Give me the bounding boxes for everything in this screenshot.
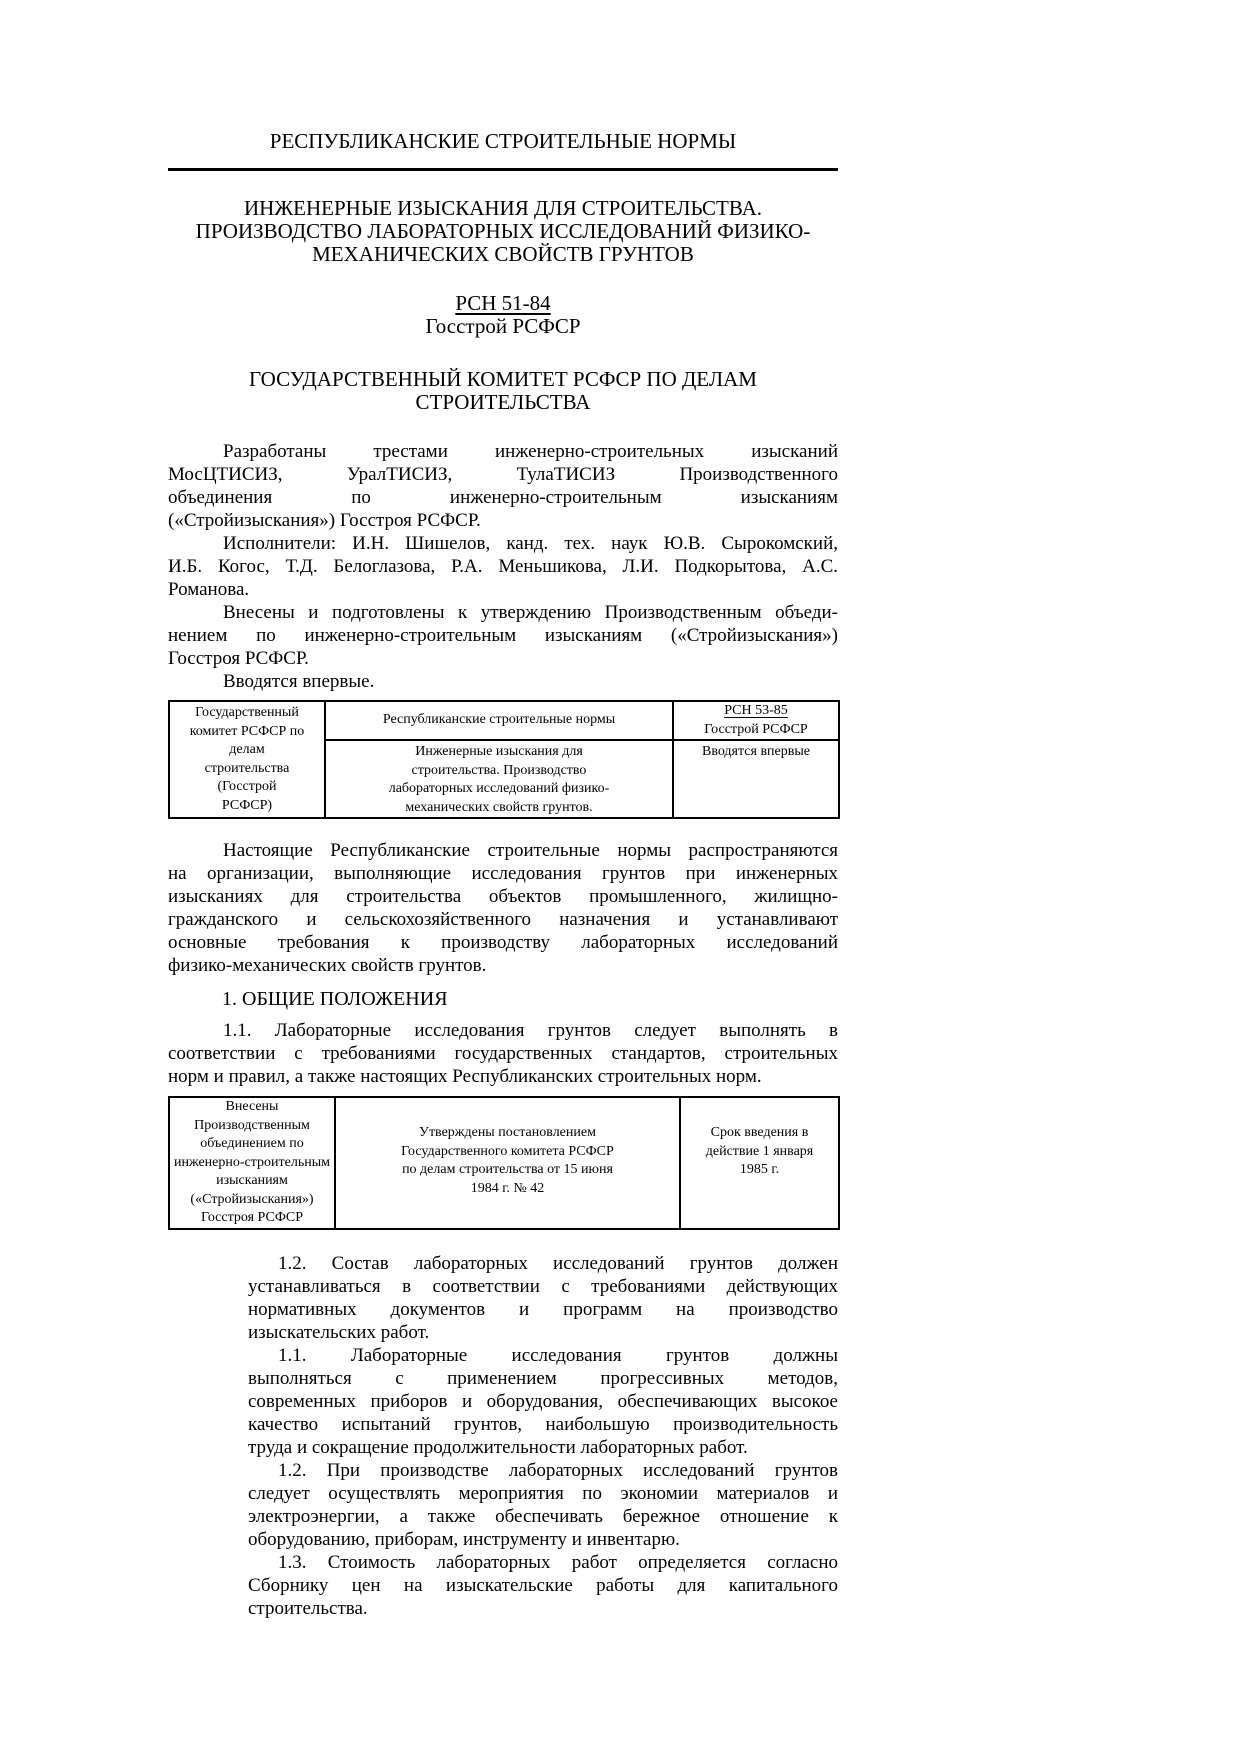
table1-cell-committee: Государственный комитет РСФСР по делам с… [169,701,325,818]
text-line: Романова. [168,578,838,601]
text-line: электроэнергии, а также обеспечивать бер… [248,1505,838,1528]
text-line: на организации, выполняющие исследования… [168,862,838,885]
table1-cell-code: РСН 53-85 Госстрой РСФСР [673,701,839,740]
clause-1-1-methods: 1.1. Лабораторные исследования грунтов д… [248,1344,838,1459]
table1-code: РСН 53-85 [678,702,834,721]
text-line: 1.2. При производстве лабораторных иссле… [248,1459,838,1482]
text-line: Госстроя РСФСР. [168,647,838,670]
text-line: Сборнику цен на изыскательские работы дл… [248,1574,838,1597]
document-page: РЕСПУБЛИКАНСКИЕ СТРОИТЕЛЬНЫЕ НОРМЫ ИНЖЕН… [0,0,1240,1755]
header-banner: РЕСПУБЛИКАНСКИЕ СТРОИТЕЛЬНЫЕ НОРМЫ [168,128,838,154]
intro-section: Разработаны трестами инженерно-строитель… [168,440,838,693]
clauses-section: 1.2. Состав лабораторных исследований гр… [248,1252,838,1620]
section-1-heading: 1. ОБЩИЕ ПОЛОЖЕНИЯ [168,987,1240,1011]
text-line: современных приборов и оборудования, обе… [248,1390,838,1413]
standards-info-table: Государственный комитет РСФСР по делам с… [168,700,840,819]
text-line: Настоящие Республиканские строительные н… [168,839,838,862]
scope-section: Настоящие Республиканские строительные н… [168,839,838,977]
text-line: норм и правил, а также настоящих Республ… [168,1065,838,1088]
table1-cell-norms-type: Республиканские строительные нормы [325,701,673,740]
text-line: гражданского и сельскохозяйственного наз… [168,908,838,931]
text-line: выполняться с применением прогрессивных … [248,1367,838,1390]
paragraph-first-introduced: Вводятся впервые. [168,670,838,693]
text-line: Внесены и подготовлены к утверждению Про… [168,601,838,624]
text-line: труда и сокращение продолжительности лаб… [248,1436,838,1459]
clause-1-1-paragraph: 1.1. Лабораторные исследования грунтов с… [168,1019,838,1088]
doc-org: Госстрой РСФСР [168,315,838,338]
text-line: качество испытаний грунтов, наибольшую п… [248,1413,838,1436]
clause-1-3-cost: 1.3. Стоимость лабораторных работ опреде… [248,1551,838,1620]
paragraph-executors: Исполнители: И.Н. Шишелов, канд. тех. на… [168,532,838,601]
text-line: Разработаны трестами инженерно-строитель… [168,440,838,463]
text-line: («Стройизыскания») Госстроя РСФСР. [168,509,838,532]
paragraph-submitted: Внесены и подготовлены к утверждению Про… [168,601,838,670]
text-line: нением по инженерно-строительным изыскан… [168,624,838,647]
document-title: ИНЖЕНЕРНЫЕ ИЗЫСКАНИЯ ДЛЯ СТРОИТЕЛЬСТВА. … [168,197,838,266]
text-line: 1.1. Лабораторные исследования грунтов д… [248,1344,838,1367]
table2-cell-submitted-by: Внесены Производственным объединением по… [169,1097,335,1229]
text-line: соответствии с требованиями государствен… [168,1042,838,1065]
clause-1-2-economy: 1.2. При производстве лабораторных иссле… [248,1459,838,1551]
text-line: изыскательских работ. [248,1321,838,1344]
table2-cell-effective-date: Срок введения в действие 1 января 1985 г… [680,1097,839,1229]
text-line: И.Б. Когос, Т.Д. Белоглазова, Р.А. Меньш… [168,555,838,578]
text-line: устанавливаться в соответствии с требова… [248,1275,838,1298]
approval-info-table: Внесены Производственным объединением по… [168,1096,840,1230]
text-line: изысканиях для строительства объектов пр… [168,885,838,908]
text-line: оборудованию, приборам, инструменту и ин… [248,1528,838,1551]
paragraph-developed: Разработаны трестами инженерно-строитель… [168,440,838,532]
text-line: 1.1. Лабораторные исследования грунтов с… [168,1019,838,1042]
table1-cell-subject: Инженерные изыскания для строительства. … [325,740,673,818]
table1-cell-status: Вводятся впервые [673,740,839,818]
text-line: объединения по инженерно-строительным из… [168,486,838,509]
text-line: следует осуществлять мероприятия по экон… [248,1482,838,1505]
scope-paragraph: Настоящие Республиканские строительные н… [168,839,838,977]
doc-code: РСН 51-84 [168,292,838,315]
text-line: основные требования к производству лабор… [168,931,838,954]
header-rule [168,168,838,171]
text-line: физико-механических свойств грунтов. [168,954,838,977]
text-line: строительства. [248,1597,838,1620]
text-line: МосЦТИСИЗ, УралТИСИЗ, ТулаТИСИЗ Производ… [168,463,838,486]
text-line: Исполнители: И.Н. Шишелов, канд. тех. на… [168,532,838,555]
clause-1-2-composition: 1.2. Состав лабораторных исследований гр… [248,1252,838,1344]
text-line: Вводятся впервые. [168,670,838,693]
text-line: 1.3. Стоимость лабораторных работ опреде… [248,1551,838,1574]
committee-name: ГОСУДАРСТВЕННЫЙ КОМИТЕТ РСФСР ПО ДЕЛАМ С… [168,368,838,414]
clause-1-1-section: 1.1. Лабораторные исследования грунтов с… [168,1019,838,1088]
table1-code-org: Госстрой РСФСР [678,721,834,740]
table2-cell-approved-by: Утверждены постановлением Государственно… [335,1097,680,1229]
text-line: 1.2. Состав лабораторных исследований гр… [248,1252,838,1275]
text-line: нормативных документов и программ на про… [248,1298,838,1321]
doc-code-block: РСН 51-84 Госстрой РСФСР [168,292,838,338]
